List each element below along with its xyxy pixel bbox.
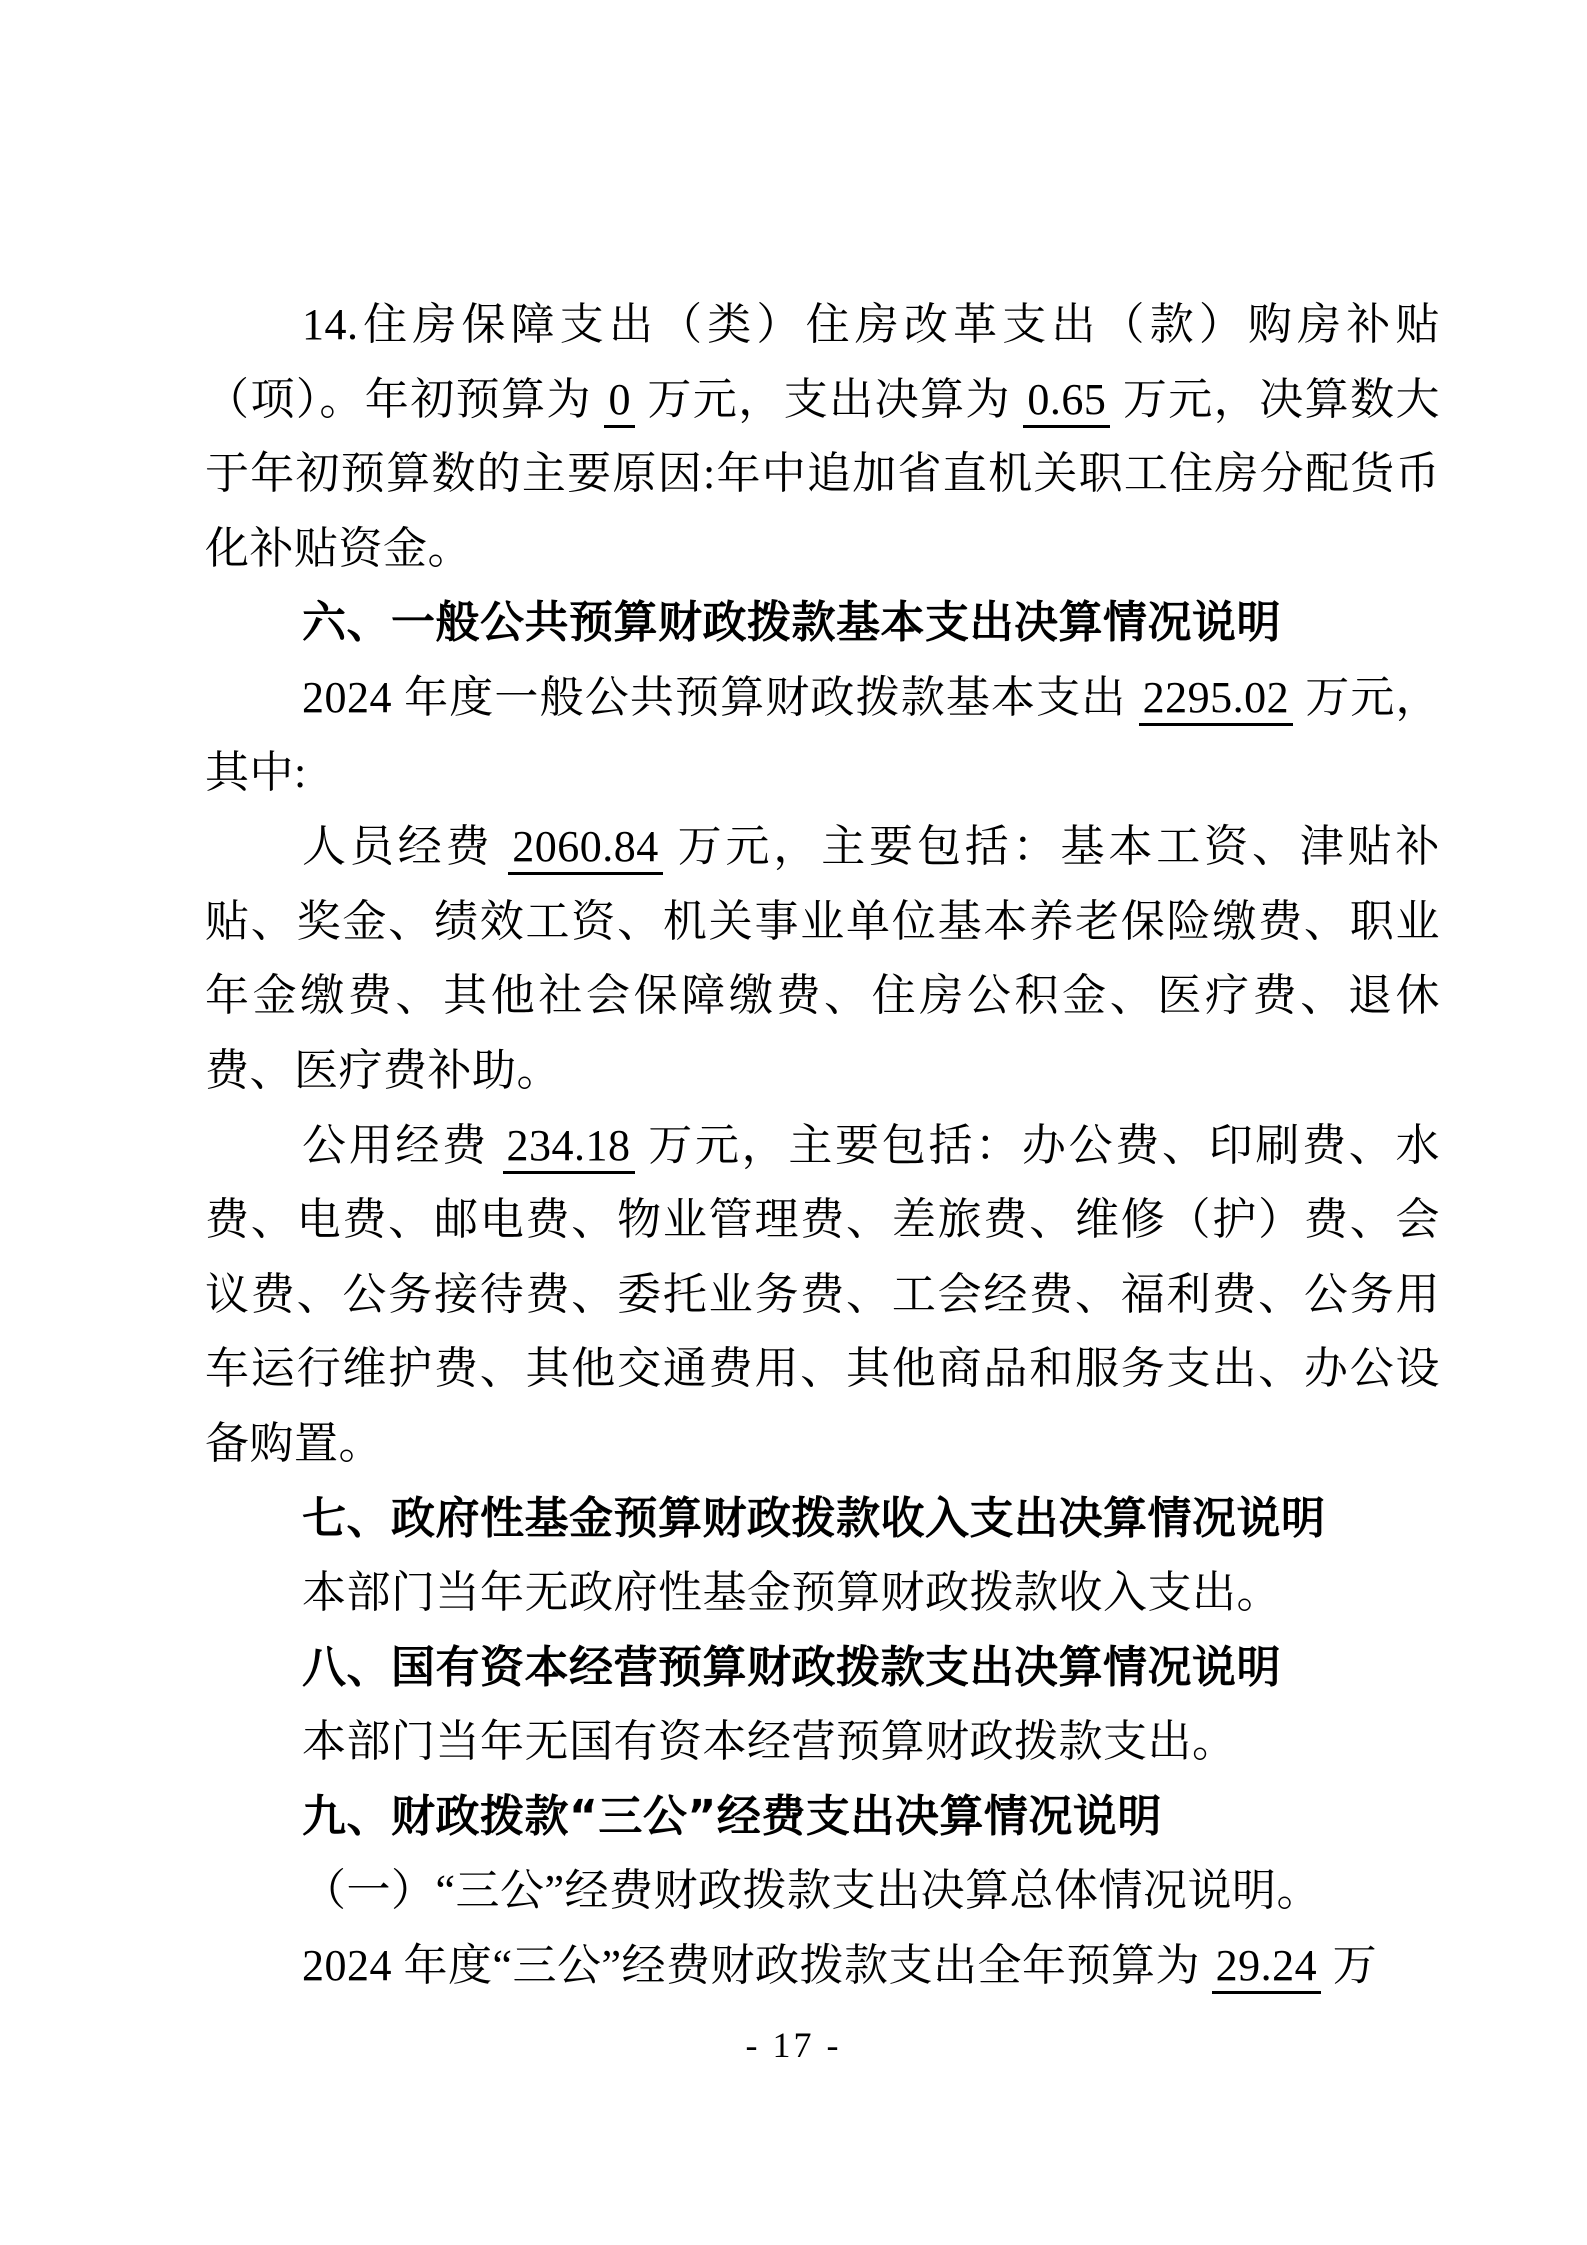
paragraph-text: 万元，支出决算为 bbox=[635, 375, 1023, 424]
paragraph-text: 人员经费 bbox=[302, 822, 508, 871]
paragraph-text: 万 bbox=[1321, 1941, 1377, 1990]
underlined-value-initial-budget: 0 bbox=[604, 375, 635, 428]
paragraph-text: 公用经费 bbox=[302, 1121, 503, 1170]
underlined-value-three-public-budget: 29.24 bbox=[1212, 1941, 1322, 1994]
paragraph-item-14: 14.住房保障支出（类）住房改革支出（款）购房补贴（项）。年初预算为 0 万元，… bbox=[205, 288, 1440, 586]
document-page: 14.住房保障支出（类）住房改革支出（款）购房补贴（项）。年初预算为 0 万元，… bbox=[0, 0, 1587, 2245]
paragraph-text: 2024 年度一般公共预算财政拨款基本支出 bbox=[302, 673, 1139, 722]
paragraph-no-gov-fund: 本部门当年无政府性基金预算财政拨款收入支出。 bbox=[205, 1556, 1440, 1631]
section-heading-6: 六、一般公共预算财政拨款基本支出决算情况说明 bbox=[205, 586, 1440, 661]
page-number: - 17 - bbox=[0, 2024, 1587, 2066]
section-heading-7: 七、政府性基金预算财政拨款收入支出决算情况说明 bbox=[205, 1482, 1440, 1557]
underlined-value-personnel: 2060.84 bbox=[508, 822, 663, 875]
paragraph-text: 2024 年度“三公”经费财政拨款支出全年预算为 bbox=[302, 1941, 1212, 1990]
paragraph-public-funds: 公用经费 234.18 万元，主要包括：办公费、印刷费、水费、电费、邮电费、物业… bbox=[205, 1109, 1440, 1482]
paragraph-three-public-budget: 2024 年度“三公”经费财政拨款支出全年预算为 29.24 万 bbox=[205, 1929, 1440, 2004]
paragraph-three-public-overview: （一）“三公”经费财政拨款支出决算总体情况说明。 bbox=[205, 1854, 1440, 1929]
paragraph-personnel-funds: 人员经费 2060.84 万元，主要包括：基本工资、津贴补贴、奖金、绩效工资、机… bbox=[205, 810, 1440, 1108]
underlined-value-public-funds: 234.18 bbox=[503, 1121, 635, 1174]
section-heading-9: 九、财政拨款“三公”经费支出决算情况说明 bbox=[205, 1780, 1440, 1855]
document-body: 14.住房保障支出（类）住房改革支出（款）购房补贴（项）。年初预算为 0 万元，… bbox=[205, 288, 1440, 2004]
paragraph-no-state-capital: 本部门当年无国有资本经营预算财政拨款支出。 bbox=[205, 1705, 1440, 1780]
paragraph-text: 万元，主要包括：办公费、印刷费、水费、电费、邮电费、物业管理费、差旅费、维修（护… bbox=[205, 1121, 1440, 1468]
underlined-value-basic-total: 2295.02 bbox=[1139, 673, 1294, 726]
paragraph-basic-expenditure-total: 2024 年度一般公共预算财政拨款基本支出 2295.02 万元，其中: bbox=[205, 661, 1440, 810]
section-heading-8: 八、国有资本经营预算财政拨款支出决算情况说明 bbox=[205, 1631, 1440, 1706]
underlined-value-final-expenditure: 0.65 bbox=[1023, 375, 1110, 428]
